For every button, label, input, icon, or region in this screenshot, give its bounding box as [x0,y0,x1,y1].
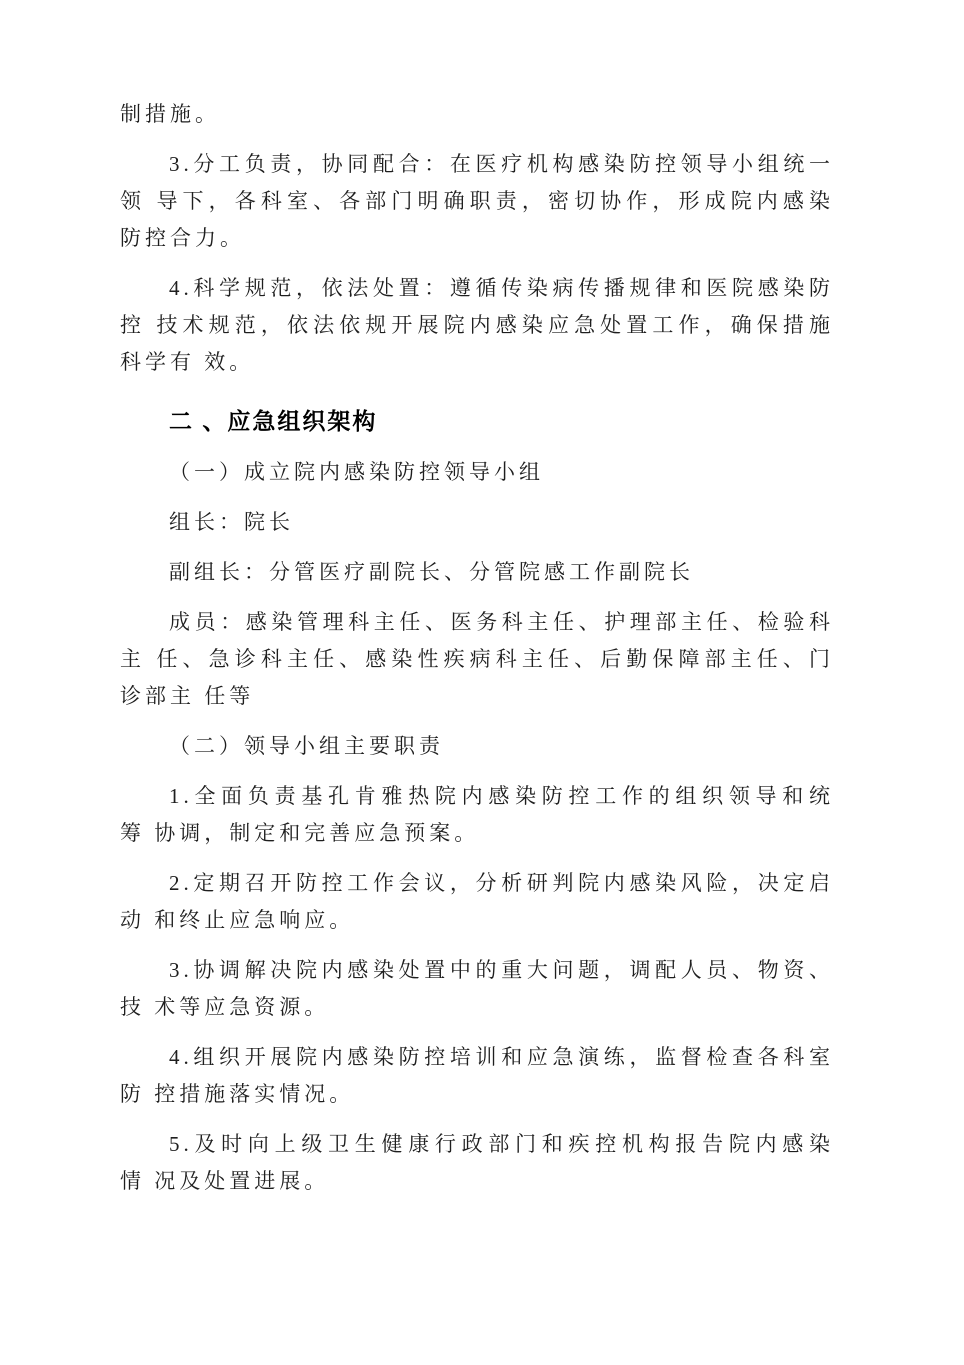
text-line: 副组长：分管医疗副院长、分管院感工作副院长 [120,554,834,591]
text-line: 成员：感染管理科主任、医务科主任、护理部主任、检验科 [120,604,834,641]
text-line: 1.全面负责基孔肯雅热院内感染防控工作的组织领导和统 [120,778,834,815]
group-leader-line: 组长：院长 [120,504,834,541]
section-heading-text: 二 、应急组织架构 [120,403,834,440]
duty-3-paragraph: 3.协调解决院内感染处置中的重大问题，调配人员、物资、 技 术等应急资源。 [120,952,834,1026]
text-line: 防控合力。 [120,220,834,257]
duty-1-paragraph: 1.全面负责基孔肯雅热院内感染防控工作的组织领导和统 筹 协调，制定和完善应急预… [120,778,834,852]
section-heading: 二 、应急组织架构 [120,403,834,440]
paragraph-principle-3: 3.分工负责，协同配合：在医疗机构感染防控领导小组统一 领 导下，各科室、各部门… [120,146,834,257]
text-line: 领 导下，各科室、各部门明确职责，密切协作，形成院内感染 [120,183,834,220]
text-line: 5.及时向上级卫生健康行政部门和疾控机构报告院内感染 [120,1126,834,1163]
text-line: 科学有 效。 [120,344,834,381]
text-line: 2.定期召开防控工作会议，分析研判院内感染风险，决定启 [120,865,834,902]
text-line: （二）领导小组主要职责 [120,728,834,765]
duty-2-paragraph: 2.定期召开防控工作会议，分析研判院内感染风险，决定启 动 和终止应急响应。 [120,865,834,939]
text-line: 技 术等应急资源。 [120,989,834,1026]
text-line: 情 况及处置进展。 [120,1163,834,1200]
text-line: 主 任、急诊科主任、感染性疾病科主任、后勤保障部主任、门 [120,641,834,678]
document-page: 制措施。 3.分工负责，协同配合：在医疗机构感染防控领导小组统一 领 导下，各科… [0,0,964,1365]
text-line: 组长：院长 [120,504,834,541]
text-line: 3.协调解决院内感染处置中的重大问题，调配人员、物资、 [120,952,834,989]
text-line: （一）成立院内感染防控领导小组 [120,454,834,491]
deputy-leaders-line: 副组长：分管医疗副院长、分管院感工作副院长 [120,554,834,591]
text-line: 筹 协调，制定和完善应急预案。 [120,815,834,852]
members-paragraph: 成员：感染管理科主任、医务科主任、护理部主任、检验科 主 任、急诊科主任、感染性… [120,604,834,715]
text-line: 3.分工负责，协同配合：在医疗机构感染防控领导小组统一 [120,146,834,183]
subsection-1-title: （一）成立院内感染防控领导小组 [120,454,834,491]
text-line: 制措施。 [120,96,834,133]
duty-4-paragraph: 4.组织开展院内感染防控培训和应急演练，监督检查各科室 防 控措施落实情况。 [120,1039,834,1113]
subsection-2-title: （二）领导小组主要职责 [120,728,834,765]
text-line: 4.科学规范，依法处置：遵循传染病传播规律和医院感染防 [120,270,834,307]
text-line: 防 控措施落实情况。 [120,1076,834,1113]
paragraph-continuation: 制措施。 [120,96,834,133]
text-line: 控 技术规范，依法依规开展院内感染应急处置工作，确保措施 [120,307,834,344]
text-line: 4.组织开展院内感染防控培训和应急演练，监督检查各科室 [120,1039,834,1076]
text-line: 诊部主 任等 [120,678,834,715]
duty-5-paragraph: 5.及时向上级卫生健康行政部门和疾控机构报告院内感染 情 况及处置进展。 [120,1126,834,1200]
text-line: 动 和终止应急响应。 [120,902,834,939]
paragraph-principle-4: 4.科学规范，依法处置：遵循传染病传播规律和医院感染防 控 技术规范，依法依规开… [120,270,834,381]
